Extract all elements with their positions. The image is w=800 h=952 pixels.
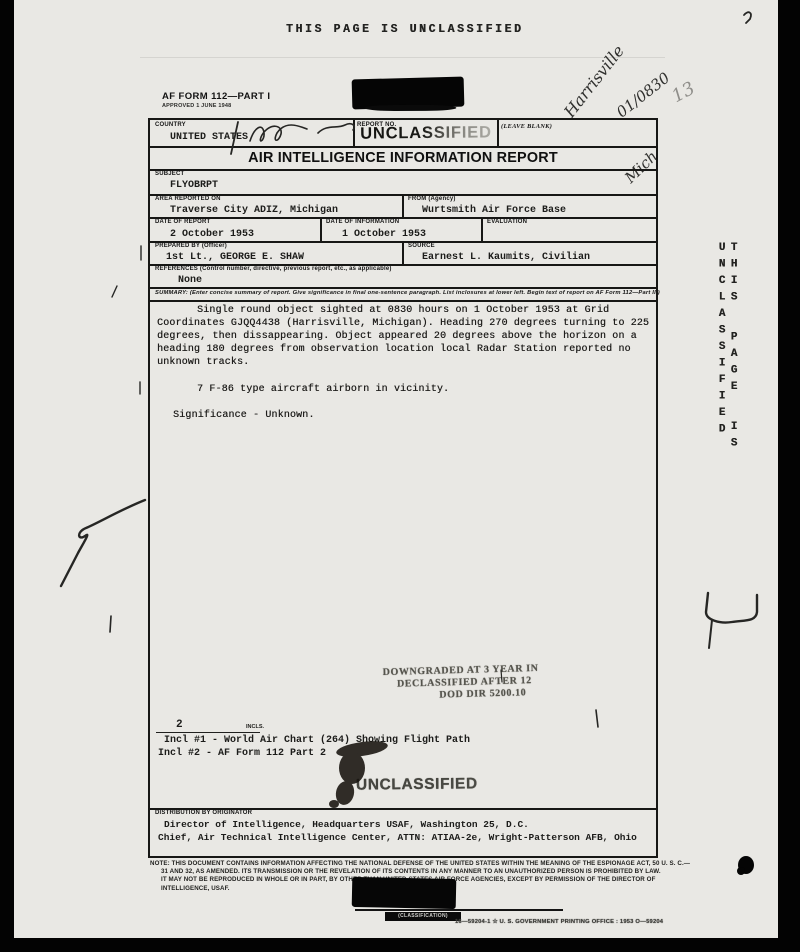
divider-dateinfo-evaluation	[481, 217, 483, 241]
subject-value: FLYOBRPT	[170, 180, 218, 191]
unclassified-stamp-mid: UNCLASSIFIED	[356, 775, 478, 794]
form-approved-date: APPROVED 1 JUNE 1948	[162, 102, 270, 110]
prepared-by-label: PREPARED BY (Officer)	[155, 243, 227, 250]
form-table: COUNTRY UNITED STATES REPORT NO. UNCLASS…	[148, 118, 658, 858]
distribution-line-1: Director of Intelligence, Headquarters U…	[164, 819, 529, 830]
references-label: REFERENCES (Control number, directive, p…	[155, 266, 392, 273]
subject-label: SUBJECT	[155, 171, 184, 178]
form-number-block: AF FORM 112—PART I APPROVED 1 JUNE 1948	[162, 92, 270, 110]
from-value: Wurtsmith Air Force Base	[422, 205, 566, 216]
divider-datereport-dateinfo	[320, 217, 322, 241]
summary-paragraph-3: Significance - Unknown.	[157, 409, 651, 422]
scan-border-right	[778, 0, 800, 952]
redaction-block-bottom	[352, 877, 457, 909]
paper-crease	[140, 57, 665, 58]
side-classification-banner: THIS PAGE IS UNCLASSIFIED	[716, 242, 740, 642]
distribution-label: DISTRIBUTION BY ORIGINATOR	[155, 810, 252, 817]
leave-blank-label: (LEAVE BLANK)	[501, 123, 552, 130]
summary-paragraph-1: Single round object sighted at 0830 hour…	[157, 304, 651, 369]
inclosure-line-2: Incl #2 - AF Form 112 Part 2	[158, 748, 326, 759]
inclosure-line-1: Incl #1 - World Air Chart (264) Showing …	[164, 735, 470, 746]
country-label: COUNTRY	[155, 122, 186, 129]
area-value: Traverse City ADIZ, Michigan	[170, 205, 338, 216]
inclosure-count-label: INCLS.	[246, 724, 264, 730]
unclassified-stamp-top: UNCLASSIFIED	[348, 123, 504, 144]
divider-prepared-source	[402, 241, 404, 264]
date-of-report-label: DATE OF REPORT	[155, 219, 210, 226]
rule-references	[150, 287, 656, 289]
summary-paragraph-2: 7 F-86 type aircraft airborn in vicinity…	[157, 383, 651, 396]
prepared-by-value: 1st Lt., GEORGE E. SHAW	[166, 252, 304, 263]
scanned-document-page: THIS PAGE IS UNCLASSIFIED AF FORM 112—PA…	[0, 0, 800, 952]
scan-border-left	[0, 0, 14, 952]
area-label: AREA REPORTED ON	[155, 196, 221, 203]
form-number: AF FORM 112—PART I	[162, 92, 270, 102]
rule-title	[150, 169, 656, 171]
date-of-report-value: 2 October 1953	[170, 229, 254, 240]
inclosure-count: 2	[156, 719, 260, 733]
rule-area	[150, 217, 656, 219]
redaction-block-top	[352, 77, 465, 110]
source-value: Earnest L. Kaumits, Civilian	[422, 252, 590, 263]
date-of-information-value: 1 October 1953	[342, 229, 426, 240]
gpo-print-line: 16—59204-1 ☆ U. S. GOVERNMENT PRINTING O…	[455, 919, 663, 925]
evaluation-label: EVALUATION	[487, 219, 527, 226]
distribution-line-2: Chief, Air Technical Intelligence Center…	[158, 832, 637, 843]
country-value: UNITED STATES	[170, 132, 248, 143]
summary-label: SUMMARY: (Enter concise summary of repor…	[155, 290, 660, 297]
summary-body: Single round object sighted at 0830 hour…	[157, 304, 651, 422]
source-label: SOURCE	[408, 243, 435, 250]
top-classification-banner: THIS PAGE IS UNCLASSIFIED	[286, 23, 524, 36]
scan-border-bottom	[0, 938, 800, 952]
references-value: None	[178, 275, 202, 286]
downgrade-stamp: DOWNGRADED AT 3 YEAR IN DECLASSIFIED AFT…	[383, 663, 540, 703]
rule-summary	[150, 300, 656, 302]
note-line-1: NOTE: THIS DOCUMENT CONTAINS INFORMATION…	[150, 860, 664, 868]
note-line-2: 31 AND 32, AS AMENDED. ITS TRANSMISSION …	[150, 868, 664, 876]
classification-rule	[355, 909, 563, 911]
classification-label: (CLASSIFICATION)	[385, 912, 461, 921]
divider-area-from	[402, 194, 404, 217]
from-label: FROM (Agency)	[408, 196, 456, 203]
form-title: AIR INTELLIGENCE INFORMATION REPORT	[160, 147, 646, 169]
downgrade-stamp-line3: DOD DIR 5200.10	[439, 687, 539, 702]
date-of-information-label: DATE OF INFORMATION	[326, 219, 399, 226]
